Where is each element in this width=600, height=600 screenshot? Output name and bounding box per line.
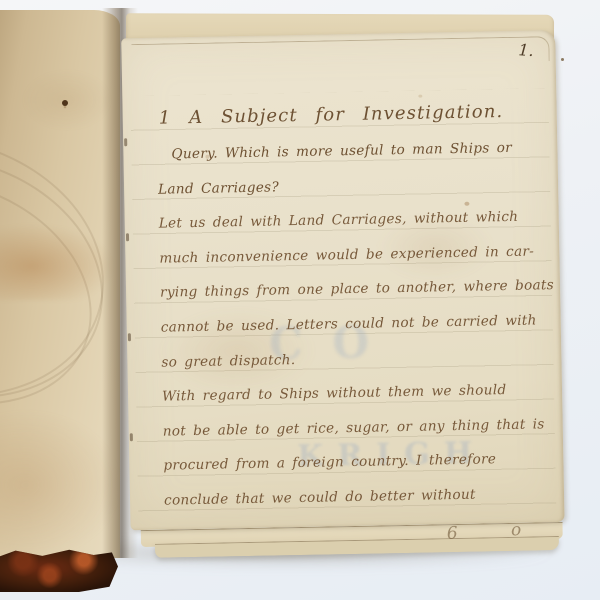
- page-stack: 6 o CO KRIGH 1. 1 A Subject for Investig…: [119, 24, 567, 577]
- cover-corner: [0, 548, 118, 592]
- stitch-mark: [128, 333, 131, 341]
- right-page: CO KRIGH 1. 1 A Subject for Investigatio…: [121, 30, 564, 530]
- manuscript-text: 1 A Subject for Investigation. Query. Wh…: [157, 100, 555, 518]
- manuscript-body: Query. Which is more useful to man Ships…: [157, 130, 554, 518]
- manuscript-photo: 6 o CO KRIGH 1. 1 A Subject for Investig…: [0, 0, 600, 600]
- foxing-spot: [418, 95, 422, 98]
- ink-speck: [62, 100, 68, 106]
- page-stain: [0, 225, 112, 300]
- background-speck: [561, 58, 564, 61]
- page-border-line: [131, 36, 549, 69]
- stitch-mark: [130, 433, 133, 441]
- page-number: 1.: [518, 40, 535, 60]
- stitch-mark: [124, 138, 127, 146]
- stitch-mark: [126, 233, 129, 241]
